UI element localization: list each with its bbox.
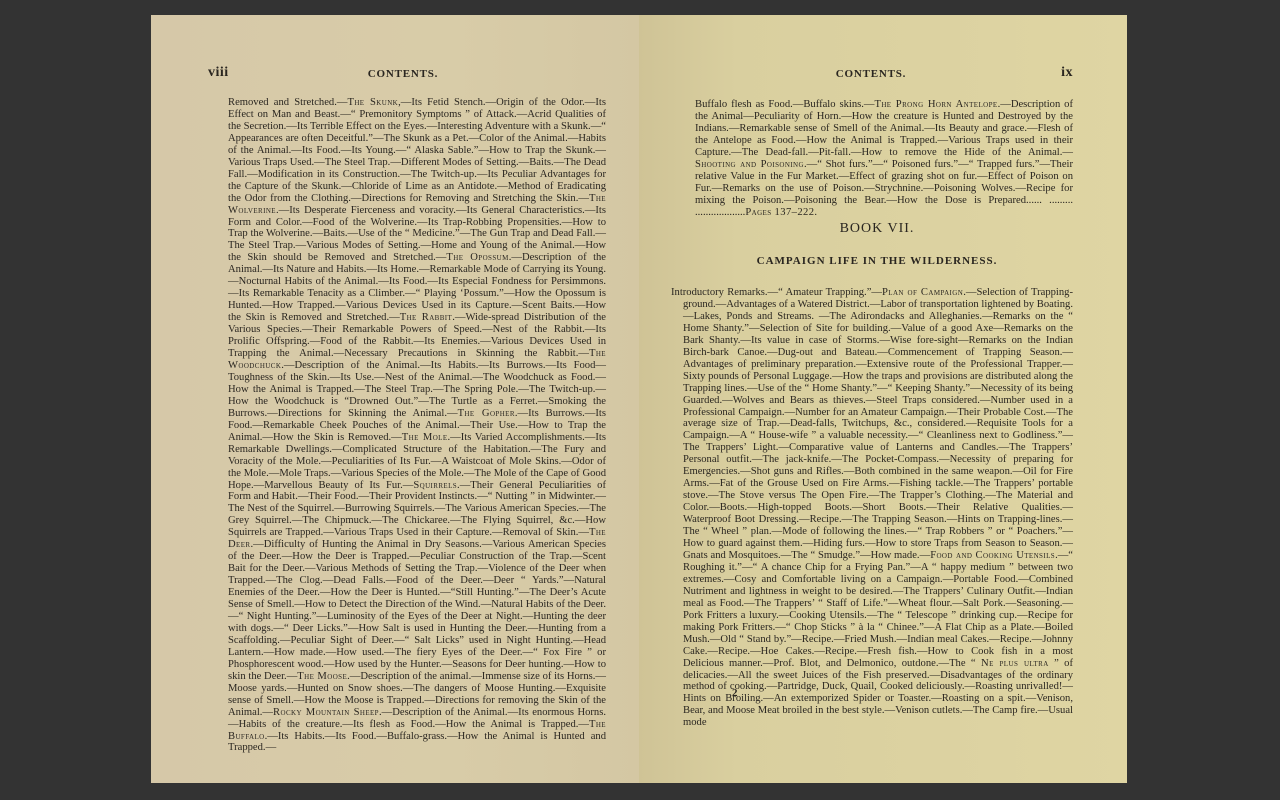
left-page: viii CONTENTS. Removed and Stretched.—Th… — [151, 15, 639, 783]
contents-text: Removed and Stretched.—The Skunk,—Its Fe… — [228, 97, 606, 754]
running-head: CONTENTS. — [627, 68, 1115, 80]
text-segment: .—Its Habits.—Its Food.—Buffalo-grass.—H… — [228, 731, 606, 754]
contents-text: Introductory Remarks.—“ Amateur Trapping… — [683, 287, 1073, 729]
section-heading: Shooting and Poisoning — [695, 159, 804, 170]
text-segment: .—“ Roughing it.”—“ A chance Chip for a … — [683, 550, 1073, 669]
text-segment: Buffalo flesh as Food.—Buffalo skins.— — [695, 99, 874, 110]
book-title: BOOK VII. — [639, 221, 1115, 237]
page-range: Pages 137–222. — [745, 207, 817, 218]
right-page: CONTENTS. ix Buffalo flesh as Food.—Buff… — [639, 15, 1127, 783]
section-heading: The Prong Horn Antelope — [874, 99, 997, 110]
section-heading: The Gopher — [458, 408, 515, 419]
section-heading: Rocky Mountain Sheep — [273, 707, 379, 718]
section-heading: The Mole — [402, 432, 448, 443]
section-heading: Squirrels — [413, 480, 457, 491]
text-segment: ,—Its Fetid Stench.—Origin of the Odor.—… — [228, 97, 606, 204]
contents-text: Buffalo flesh as Food.—Buffalo skins.—Th… — [695, 99, 1073, 219]
text-segment: Introductory Remarks.—“ Amateur Trapping… — [671, 287, 882, 298]
section-heading: The Rabbit — [400, 312, 453, 323]
section-heading: Plan of Campaign — [882, 287, 963, 298]
signature-mark: 2 — [732, 687, 738, 699]
section-heading: Ne plus ultra — [981, 658, 1049, 669]
text-segment: Removed and Stretched.— — [228, 97, 347, 108]
book-subtitle: CAMPAIGN LIFE IN THE WILDERNESS. — [639, 255, 1115, 267]
running-head: CONTENTS. — [159, 68, 647, 80]
page-number: ix — [1061, 65, 1073, 81]
section-heading: The Opossum — [446, 252, 508, 263]
text-segment: .—Difficulty of Hunting the Animal in Dr… — [228, 539, 606, 681]
section-heading: The Skunk — [347, 97, 398, 108]
section-heading: The Moose — [297, 671, 347, 682]
section-heading: Food and Cooking Utensils — [930, 550, 1055, 561]
text-segment: .—Selection of Trapping-ground.—Advantag… — [683, 287, 1073, 561]
